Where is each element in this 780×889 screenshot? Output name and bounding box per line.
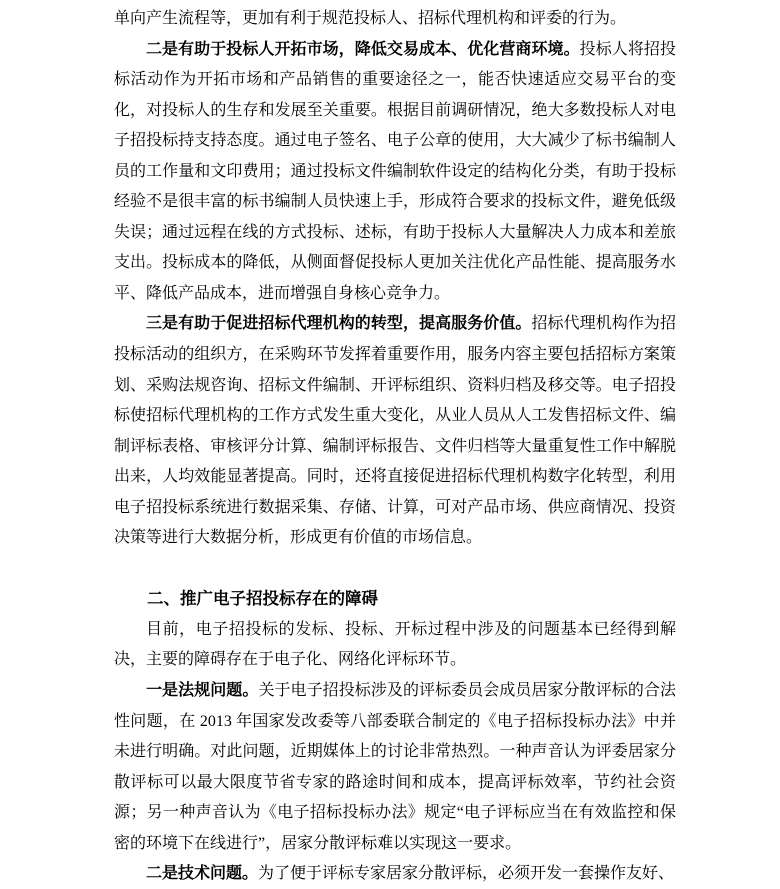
section-heading: 二、推广电子招投标存在的障碍 bbox=[114, 584, 676, 615]
paragraph-text: 招标代理机构作为招投标活动的组织方，在采购环节发挥着重要作用，服务内容主要包括招… bbox=[114, 315, 676, 546]
paragraph-text: 单向产生流程等，更加有利于规范投标人、招标代理机构和评委的行为。 bbox=[114, 10, 626, 27]
paragraph-text: 为了便于评标专家居家分散评标，必须开发一套操作友好、 bbox=[258, 865, 674, 882]
paragraph-lead: 二是有助于投标人开拓市场，降低交易成本、优化营商环境。 bbox=[146, 41, 580, 58]
paragraph-lead: 一是法规问题。 bbox=[146, 682, 258, 699]
paragraph-obstacle-technical: 二是技术问题。为了便于评标专家居家分散评标，必须开发一套操作友好、 bbox=[114, 859, 676, 889]
paragraph-text: 目前，电子招投标的发标、投标、开标过程中涉及的问题基本已经得到解决，主要的障碍存… bbox=[114, 621, 676, 669]
paragraph-text: 投标人将招投标活动作为开拓市场和产品销售的重要途径之一，能否快速适应交易平台的变… bbox=[114, 41, 676, 302]
paragraph-section-intro: 目前，电子招投标的发标、投标、开标过程中涉及的问题基本已经得到解决，主要的障碍存… bbox=[114, 615, 676, 676]
paragraph-benefit-agencies: 三是有助于促进招标代理机构的转型，提高服务价值。招标代理机构作为招投标活动的组织… bbox=[114, 309, 676, 553]
document-page: 单向产生流程等，更加有利于规范投标人、招标代理机构和评委的行为。 二是有助于投标… bbox=[0, 0, 780, 889]
paragraph-benefit-bidders: 二是有助于投标人开拓市场，降低交易成本、优化营商环境。投标人将招投标活动作为开拓… bbox=[114, 35, 676, 310]
paragraph-text: 关于电子招投标涉及的评标委员会成员居家分散评标的合法性问题，在 2013 年国家… bbox=[114, 682, 676, 852]
paragraph-obstacle-legal: 一是法规问题。关于电子招投标涉及的评标委员会成员居家分散评标的合法性问题，在 2… bbox=[114, 676, 676, 859]
paragraph-lead: 二是技术问题。 bbox=[146, 865, 258, 882]
paragraph-lead: 三是有助于促进招标代理机构的转型，提高服务价值。 bbox=[146, 315, 531, 332]
paragraph-continuation: 单向产生流程等，更加有利于规范投标人、招标代理机构和评委的行为。 bbox=[114, 4, 676, 35]
